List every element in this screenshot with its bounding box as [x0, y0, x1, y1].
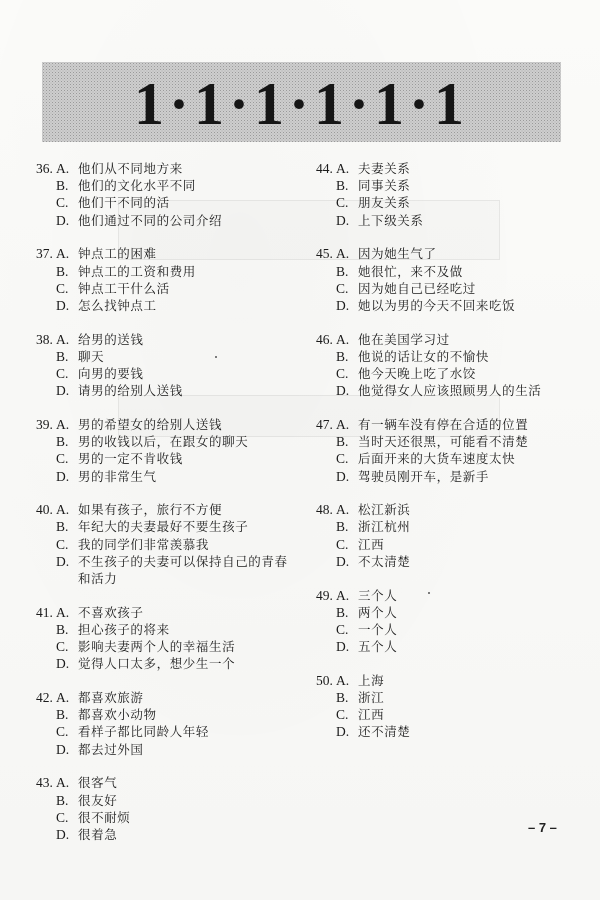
option-letter: C. — [336, 536, 358, 553]
option-letter: A. — [336, 672, 358, 689]
option-letter: D. — [336, 723, 358, 740]
option-text: 她以为男的今天不回来吃饭 — [358, 297, 578, 314]
answer-option: D.男的非常生气 — [36, 468, 306, 485]
option-letter: D. — [56, 553, 78, 570]
answer-option: C.因为她自己已经吃过 — [316, 280, 586, 297]
option-text: 他们干不同的活 — [78, 194, 298, 211]
option-letter: D. — [56, 297, 78, 314]
answer-option: B.她很忙，来不及做 — [316, 263, 586, 280]
option-letter: A. — [336, 160, 358, 177]
option-text: 男的收钱以后，在跟女的聊天 — [78, 433, 298, 450]
option-letter: D. — [56, 382, 78, 399]
option-letter: A. — [56, 245, 78, 262]
question-number: 50. — [316, 672, 336, 689]
answer-option: C.钟点工干什么活 — [36, 280, 306, 297]
option-letter: A. — [56, 331, 78, 348]
option-text: 他们的文化水平不同 — [78, 177, 298, 194]
question-item: 40.A.如果有孩子，旅行不方便B.年纪大的夫妻最好不要生孩子C.我的同学们非常… — [36, 501, 306, 587]
question-number: 38. — [36, 331, 56, 348]
answer-option: C.影响夫妻两个人的幸福生活 — [36, 638, 306, 655]
option-text: 男的一定不肯收钱 — [78, 450, 298, 467]
answer-option: B.他们的文化水平不同 — [36, 177, 306, 194]
answer-option: C.一个人 — [316, 621, 586, 638]
answer-option: C.男的一定不肯收钱 — [36, 450, 306, 467]
option-text: 当时天还很黑，可能看不清楚 — [358, 433, 578, 450]
option-letter: C. — [336, 621, 358, 638]
question-item: 50.A.上海B.浙江C.江西D.还不清楚 — [316, 672, 586, 741]
question-item: 43.A.很客气B.很友好C.很不耐烦D.很着急 — [36, 774, 306, 843]
option-text: 很不耐烦 — [78, 809, 298, 826]
option-text: 钟点工的工资和费用 — [78, 263, 298, 280]
option-letter: C. — [56, 638, 78, 655]
answer-option: D.都去过外国 — [36, 741, 306, 758]
answer-option: C.他们干不同的活 — [36, 194, 306, 211]
option-text: 江西 — [358, 536, 578, 553]
option-text: 钟点工的困难 — [78, 245, 298, 262]
option-letter: D. — [336, 553, 358, 570]
option-letter: B. — [336, 263, 358, 280]
answer-option: C.江西 — [316, 536, 586, 553]
question-item: 37.A.钟点工的困难B.钟点工的工资和费用C.钟点工干什么活D.怎么找钟点工 — [36, 245, 306, 314]
print-speck — [215, 356, 217, 358]
option-text: 不太清楚 — [358, 553, 578, 570]
answer-option: 42.A.都喜欢旅游 — [36, 689, 306, 706]
option-letter: B. — [56, 433, 78, 450]
option-letter: D. — [336, 382, 358, 399]
question-item: 36.A.他们从不同地方来B.他们的文化水平不同C.他们干不同的活D.他们通过不… — [36, 160, 306, 229]
answer-option: D.他们通过不同的公司介绍 — [36, 212, 306, 229]
answer-option: C.看样子都比同龄人年轻 — [36, 723, 306, 740]
answer-option: 37.A.钟点工的困难 — [36, 245, 306, 262]
option-text: 男的非常生气 — [78, 468, 298, 485]
answer-option: C.他今天晚上吃了水饺 — [316, 365, 586, 382]
question-item: 46.A.他在美国学习过B.他说的话让女的不愉快C.他今天晚上吃了水饺D.他觉得… — [316, 331, 586, 400]
answer-option: B.浙江 — [316, 689, 586, 706]
option-letter: D. — [56, 468, 78, 485]
option-letter: C. — [336, 365, 358, 382]
option-text: 同事关系 — [358, 177, 578, 194]
print-speck — [428, 592, 430, 594]
option-text: 浙江 — [358, 689, 578, 706]
option-letter: C. — [56, 365, 78, 382]
answer-option: 38.A.给男的送钱 — [36, 331, 306, 348]
answer-option: B.同事关系 — [316, 177, 586, 194]
option-text: 他说的话让女的不愉快 — [358, 348, 578, 365]
question-item: 49.A.三个人B.两个人C.一个人D.五个人 — [316, 587, 586, 656]
answer-option: D.还不清楚 — [316, 723, 586, 740]
option-text: 我的同学们非常羡慕我 — [78, 536, 298, 553]
answer-option: 50.A.上海 — [316, 672, 586, 689]
question-item: 38.A.给男的送钱B.聊天C.向男的要钱D.请男的给别人送钱 — [36, 331, 306, 400]
option-letter: C. — [56, 450, 78, 467]
answer-option: B.他说的话让女的不愉快 — [316, 348, 586, 365]
option-text: 因为她自己已经吃过 — [358, 280, 578, 297]
option-text: 给男的送钱 — [78, 331, 298, 348]
answer-option: C.我的同学们非常羡慕我 — [36, 536, 306, 553]
answer-option: D.请男的给别人送钱 — [36, 382, 306, 399]
option-letter: A. — [56, 501, 78, 518]
option-text: 五个人 — [358, 638, 578, 655]
option-text: 松江新浜 — [358, 501, 578, 518]
question-number: 49. — [316, 587, 336, 604]
option-text: 很客气 — [78, 774, 298, 791]
option-letter: C. — [56, 809, 78, 826]
option-letter: B. — [56, 706, 78, 723]
option-letter: D. — [56, 741, 78, 758]
option-text: 钟点工干什么活 — [78, 280, 298, 297]
answer-option: D.上下级关系 — [316, 212, 586, 229]
option-text: 觉得人口太多，想少生一个 — [78, 655, 298, 672]
answer-option: 41.A.不喜欢孩子 — [36, 604, 306, 621]
answer-option: B.很友好 — [36, 792, 306, 809]
answer-option: D.觉得人口太多，想少生一个 — [36, 655, 306, 672]
option-letter: A. — [56, 689, 78, 706]
question-number: 37. — [36, 245, 56, 262]
option-text: 年纪大的夫妻最好不要生孩子 — [78, 518, 298, 535]
answer-option: B.男的收钱以后，在跟女的聊天 — [36, 433, 306, 450]
option-letter: C. — [336, 280, 358, 297]
question-number: 43. — [36, 774, 56, 791]
question-number: 39. — [36, 416, 56, 433]
option-text: 聊天 — [78, 348, 298, 365]
question-number: 45. — [316, 245, 336, 262]
option-letter: B. — [56, 621, 78, 638]
answer-option: 43.A.很客气 — [36, 774, 306, 791]
answer-option: D.很着急 — [36, 826, 306, 843]
option-text: 因为她生气了 — [358, 245, 578, 262]
option-letter: B. — [56, 263, 78, 280]
answer-option: D.不太清楚 — [316, 553, 586, 570]
option-letter: C. — [336, 194, 358, 211]
option-letter: A. — [56, 416, 78, 433]
option-letter: B. — [336, 604, 358, 621]
option-text: 江西 — [358, 706, 578, 723]
option-text: 男的希望女的给别人送钱 — [78, 416, 298, 433]
option-text: 很着急 — [78, 826, 298, 843]
option-text: 他们通过不同的公司介绍 — [78, 212, 298, 229]
option-letter: A. — [56, 160, 78, 177]
option-text: 一个人 — [358, 621, 578, 638]
question-number: 47. — [316, 416, 336, 433]
answer-option: B.当时天还很黑，可能看不清楚 — [316, 433, 586, 450]
option-text: 都喜欢小动物 — [78, 706, 298, 723]
answer-option: 44.A.夫妻关系 — [316, 160, 586, 177]
option-text: 上海 — [358, 672, 578, 689]
question-item: 42.A.都喜欢旅游B.都喜欢小动物C.看样子都比同龄人年轻D.都去过外国 — [36, 689, 306, 758]
question-item: 45.A.因为她生气了B.她很忙，来不及做C.因为她自己已经吃过D.她以为男的今… — [316, 245, 586, 314]
answer-option: C.江西 — [316, 706, 586, 723]
option-letter: D. — [336, 468, 358, 485]
option-text: 她很忙，来不及做 — [358, 263, 578, 280]
option-letter: A. — [336, 416, 358, 433]
option-letter: B. — [56, 177, 78, 194]
right-question-column: 44.A.夫妻关系B.同事关系C.朋友关系D.上下级关系45.A.因为她生气了B… — [316, 160, 586, 757]
option-letter: C. — [336, 450, 358, 467]
option-text: 都去过外国 — [78, 741, 298, 758]
option-text: 驾驶员刚开车，是新手 — [358, 468, 578, 485]
answer-option: B.聊天 — [36, 348, 306, 365]
option-text: 看样子都比同龄人年轻 — [78, 723, 298, 740]
option-text: 担心孩子的将来 — [78, 621, 298, 638]
answer-option: D.五个人 — [316, 638, 586, 655]
option-letter: D. — [336, 297, 358, 314]
question-number: 36. — [36, 160, 56, 177]
option-letter: A. — [336, 587, 358, 604]
answer-option: 40.A.如果有孩子，旅行不方便 — [36, 501, 306, 518]
answer-option: B.钟点工的工资和费用 — [36, 263, 306, 280]
answer-option: B.年纪大的夫妻最好不要生孩子 — [36, 518, 306, 535]
option-letter: B. — [336, 177, 358, 194]
option-letter: B. — [336, 689, 358, 706]
option-letter: D. — [56, 826, 78, 843]
answer-option: D.她以为男的今天不回来吃饭 — [316, 297, 586, 314]
option-text: 他们从不同地方来 — [78, 160, 298, 177]
option-letter: A. — [56, 604, 78, 621]
option-text: 两个人 — [358, 604, 578, 621]
option-letter: C. — [56, 194, 78, 211]
answer-option: C.朋友关系 — [316, 194, 586, 211]
answer-option: D.他觉得女人应该照顾男人的生活 — [316, 382, 586, 399]
banner-title: 1·1·1·1·1·1 — [134, 74, 469, 134]
answer-option: D.怎么找钟点工 — [36, 297, 306, 314]
left-question-column: 36.A.他们从不同地方来B.他们的文化水平不同C.他们干不同的活D.他们通过不… — [36, 160, 306, 860]
option-letter: B. — [56, 792, 78, 809]
answer-option: 36.A.他们从不同地方来 — [36, 160, 306, 177]
question-item: 39.A.男的希望女的给别人送钱B.男的收钱以后，在跟女的聊天C.男的一定不肯收… — [36, 416, 306, 485]
option-letter: A. — [336, 245, 358, 262]
option-letter: A. — [336, 501, 358, 518]
question-number: 42. — [36, 689, 56, 706]
option-letter: B. — [56, 348, 78, 365]
question-number: 41. — [36, 604, 56, 621]
answer-option: C.向男的要钱 — [36, 365, 306, 382]
section-banner: 1·1·1·1·1·1 — [42, 62, 561, 142]
option-letter: B. — [336, 433, 358, 450]
option-letter: C. — [56, 536, 78, 553]
option-text: 不生孩子的夫妻可以保持自己的青春和活力 — [78, 553, 298, 587]
answer-option: 39.A.男的希望女的给别人送钱 — [36, 416, 306, 433]
answer-option: B.浙江杭州 — [316, 518, 586, 535]
answer-option: 47.A.有一辆车没有停在合适的位置 — [316, 416, 586, 433]
option-letter: A. — [56, 774, 78, 791]
question-item: 41.A.不喜欢孩子B.担心孩子的将来C.影响夫妻两个人的幸福生活D.觉得人口太… — [36, 604, 306, 673]
option-letter: D. — [336, 212, 358, 229]
option-text: 他今天晚上吃了水饺 — [358, 365, 578, 382]
option-letter: C. — [56, 723, 78, 740]
option-text: 后面开来的大货车速度太快 — [358, 450, 578, 467]
answer-option: C.后面开来的大货车速度太快 — [316, 450, 586, 467]
option-letter: A. — [336, 331, 358, 348]
option-text: 浙江杭州 — [358, 518, 578, 535]
question-item: 47.A.有一辆车没有停在合适的位置B.当时天还很黑，可能看不清楚C.后面开来的… — [316, 416, 586, 485]
option-letter: C. — [56, 280, 78, 297]
option-text: 三个人 — [358, 587, 578, 604]
question-number: 40. — [36, 501, 56, 518]
option-text: 朋友关系 — [358, 194, 578, 211]
option-text: 不喜欢孩子 — [78, 604, 298, 621]
option-letter: B. — [336, 518, 358, 535]
option-text: 如果有孩子，旅行不方便 — [78, 501, 298, 518]
option-text: 有一辆车没有停在合适的位置 — [358, 416, 578, 433]
answer-option: 49.A.三个人 — [316, 587, 586, 604]
option-letter: C. — [336, 706, 358, 723]
question-number: 46. — [316, 331, 336, 348]
question-number: 44. — [316, 160, 336, 177]
question-item: 44.A.夫妻关系B.同事关系C.朋友关系D.上下级关系 — [316, 160, 586, 229]
answer-option: 45.A.因为她生气了 — [316, 245, 586, 262]
answer-option: D.不生孩子的夫妻可以保持自己的青春和活力 — [36, 553, 306, 587]
answer-option: D.驾驶员刚开车，是新手 — [316, 468, 586, 485]
option-letter: B. — [336, 348, 358, 365]
answer-option: 46.A.他在美国学习过 — [316, 331, 586, 348]
option-letter: B. — [56, 518, 78, 535]
answer-option: C.很不耐烦 — [36, 809, 306, 826]
answer-option: 48.A.松江新浜 — [316, 501, 586, 518]
option-text: 上下级关系 — [358, 212, 578, 229]
option-letter: D. — [56, 655, 78, 672]
question-number: 48. — [316, 501, 336, 518]
option-text: 还不清楚 — [358, 723, 578, 740]
option-letter: D. — [336, 638, 358, 655]
option-text: 影响夫妻两个人的幸福生活 — [78, 638, 298, 655]
option-text: 夫妻关系 — [358, 160, 578, 177]
answer-option: B.都喜欢小动物 — [36, 706, 306, 723]
option-text: 怎么找钟点工 — [78, 297, 298, 314]
answer-option: B.担心孩子的将来 — [36, 621, 306, 638]
option-text: 他在美国学习过 — [358, 331, 578, 348]
option-text: 很友好 — [78, 792, 298, 809]
option-text: 向男的要钱 — [78, 365, 298, 382]
page-number: – 7 – — [528, 820, 557, 835]
question-item: 48.A.松江新浜B.浙江杭州C.江西D.不太清楚 — [316, 501, 586, 570]
option-text: 请男的给别人送钱 — [78, 382, 298, 399]
option-text: 都喜欢旅游 — [78, 689, 298, 706]
option-text: 他觉得女人应该照顾男人的生活 — [358, 382, 578, 399]
option-letter: D. — [56, 212, 78, 229]
answer-option: B.两个人 — [316, 604, 586, 621]
